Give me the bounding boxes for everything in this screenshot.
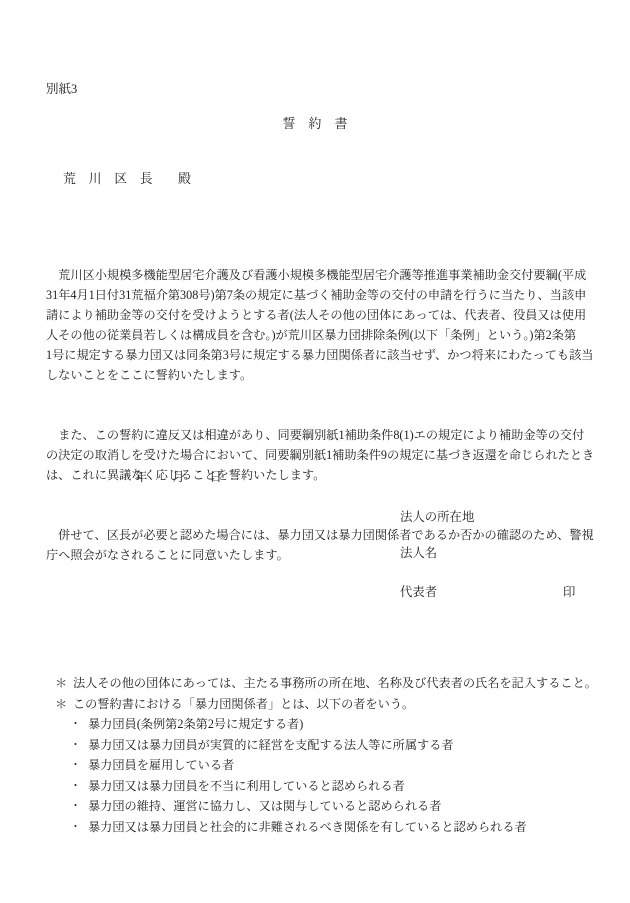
definition-item: ・ 暴力団又は暴力団員と社会的に非難されるべき関係を有していると認められる者	[55, 817, 615, 838]
definition-text: 暴力団又は暴力団員を不当に利用していると認められる者	[88, 776, 405, 797]
definition-text: 暴力団員(条例第2条第2号に規定する者)	[88, 714, 303, 735]
note-item: ＊ 法人その他の団体にあっては、主たる事務所の所在地、名称及び代表者の氏名を記入…	[55, 673, 615, 694]
pledge-paragraph-2: また、この誓約に違反又は相違があり、同要綱別紙1補助条件8(1)エの規定により補…	[46, 425, 606, 485]
definition-item: ・ 暴力団員(条例第2条第2号に規定する者)	[55, 714, 615, 735]
note-item: ＊ この誓約書における「暴力団関係者」とは、以下の者をいう。	[55, 694, 615, 715]
representative-label: 代表者	[400, 585, 437, 599]
bullet-marker: ・	[70, 817, 88, 838]
definition-item: ・ 暴力団員を雇用している者	[55, 755, 615, 776]
definition-text: 暴力団の維持、運営に協力し、又は関与していると認められる者	[88, 796, 441, 817]
pledge-paragraph-1: 荒川区小規模多機能型居宅介護及び看護小規模多機能型居宅介護等推進事業補助金交付要…	[46, 265, 606, 385]
document-title: 誓 約 書	[0, 115, 630, 132]
signature-block: 法人の所在地 法人名 代表者 印	[400, 507, 600, 602]
corporate-address-label: 法人の所在地	[400, 507, 600, 527]
asterisk-marker: ＊	[55, 673, 73, 694]
definition-item: ・ 暴力団の維持、運営に協力し、又は関与していると認められる者	[55, 796, 615, 817]
definition-text: 暴力団員を雇用している者	[88, 755, 234, 776]
bullet-marker: ・	[70, 714, 88, 735]
seal-mark: 印	[563, 582, 575, 602]
pledge-document-page: 別紙3 誓 約 書 荒 川 区 長 殿 荒川区小規模多機能型居宅介護及び看護小規…	[0, 0, 630, 903]
definition-item: ・ 暴力団又は暴力団員を不当に利用していると認められる者	[55, 776, 615, 797]
corporate-name-label: 法人名	[400, 543, 600, 563]
attachment-label: 別紙3	[46, 81, 77, 97]
addressee-line: 荒 川 区 長 殿	[63, 171, 191, 188]
definition-text: 暴力団又は暴力団員と社会的に非難されるべき関係を有していると認められる者	[88, 817, 527, 838]
note-text: 法人その他の団体にあっては、主たる事務所の所在地、名称及び代表者の氏名を記入する…	[73, 673, 597, 694]
bullet-marker: ・	[70, 755, 88, 776]
definition-text: 暴力団又は暴力団員が実質的に経営を支配する法人等に所属する者	[88, 735, 454, 756]
representative-row: 代表者 印	[400, 582, 600, 602]
date-fill-in-line: 年 月 日	[135, 467, 222, 487]
notes-section: ＊ 法人その他の団体にあっては、主たる事務所の所在地、名称及び代表者の氏名を記入…	[55, 673, 615, 837]
bullet-marker: ・	[70, 776, 88, 797]
note-text: この誓約書における「暴力団関係者」とは、以下の者をいう。	[73, 694, 414, 715]
bullet-marker: ・	[70, 735, 88, 756]
asterisk-marker: ＊	[55, 694, 73, 715]
bullet-marker: ・	[70, 796, 88, 817]
definition-item: ・ 暴力団又は暴力団員が実質的に経営を支配する法人等に所属する者	[55, 735, 615, 756]
